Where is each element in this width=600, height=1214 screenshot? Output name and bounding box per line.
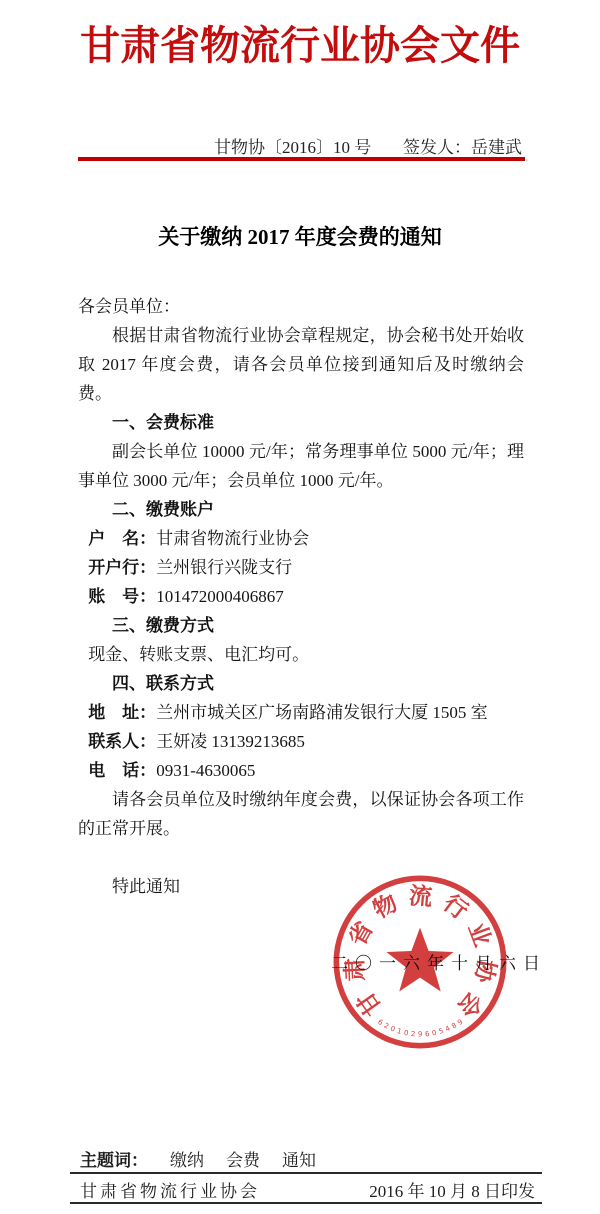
intro-paragraph: 根据甘肃省物流行业协会章程规定，协会秘书处开始收取 2017 年度会费，请各会员… (78, 321, 524, 408)
contact-address-row: 地 址：兰州市城关区广场南路浦发银行大厦 1505 室 (78, 698, 524, 727)
letterhead-title: 甘肃省物流行业协会文件 (0, 14, 600, 71)
document-body: 各会员单位： 根据甘肃省物流行业协会章程规定，协会秘书处开始收取 2017 年度… (78, 292, 524, 901)
section-1-heading: 一、会费标准 (78, 408, 524, 437)
closing-paragraph: 请各会员单位及时缴纳年度会费，以保证协会各项工作的正常开展。 (78, 785, 524, 843)
account-name-row: 户 名：甘肃省物流行业协会 (78, 524, 524, 553)
account-number-label: 账 号： (88, 587, 156, 606)
doc-meta-row: 甘物协〔2016〕10 号 签发人：岳建武 (78, 133, 522, 157)
contact-phone-row: 电 话：0931-4630065 (78, 756, 524, 785)
account-number-value: 101472000406867 (156, 587, 284, 606)
star-icon (386, 928, 453, 992)
doc-number: 甘物协〔2016〕10 号 (214, 133, 371, 158)
official-seal: 甘肃省物流行业协会 6201029605489 (327, 869, 513, 1055)
account-name-value: 甘肃省物流行业协会 (156, 529, 309, 548)
account-number-row: 账 号：101472000406867 (78, 582, 524, 611)
official-document-page: 甘肃省物流行业协会文件 甘物协〔2016〕10 号 签发人：岳建武 关于缴纳 2… (0, 0, 600, 1214)
keywords-label: 主题词： (80, 1151, 148, 1170)
print-date: 2016 年 10 月 8 日印发 (369, 1177, 535, 1202)
issue-row: 甘肃省物流行业协会 2016 年 10 月 8 日印发 (80, 1177, 535, 1202)
keyword-item: 缴纳 (170, 1151, 204, 1170)
contact-person-label: 联系人： (88, 732, 156, 751)
signer-name: 签发人：岳建武 (403, 133, 522, 158)
keyword-item: 通知 (282, 1151, 316, 1170)
section-4-heading: 四、联系方式 (78, 669, 524, 698)
document-title: 关于缴纳 2017 年度会费的通知 (0, 221, 600, 251)
issuer-name: 甘肃省物流行业协会 (80, 1177, 260, 1202)
contact-phone-label: 电 话： (88, 761, 156, 780)
section-2-heading: 二、缴费账户 (78, 495, 524, 524)
account-name-label: 户 名： (88, 529, 156, 548)
contact-person-row: 联系人：王妍凌 13139213685 (78, 727, 524, 756)
red-divider-rule (78, 157, 525, 161)
section-3-paragraph: 现金、转账支票、电汇均可。 (78, 640, 524, 669)
contact-person-value: 王妍凌 13139213685 (156, 732, 305, 751)
account-bank-label: 开户行： (88, 558, 156, 577)
contact-address-label: 地 址： (88, 703, 156, 722)
section-3-heading: 三、缴费方式 (78, 611, 524, 640)
footer-rule-bottom (70, 1202, 542, 1204)
account-bank-value: 兰州银行兴陇支行 (156, 558, 292, 577)
keywords-row: 主题词：缴纳会费通知 (80, 1146, 316, 1171)
seal-code-digits: 6201029605489 (376, 1016, 466, 1038)
section-1-paragraph: 副会长单位 10000 元/年；常务理事单位 5000 元/年；理事单位 300… (78, 437, 524, 495)
contact-phone-value: 0931-4630065 (156, 761, 255, 780)
footer-rule-top (70, 1172, 542, 1174)
account-bank-row: 开户行：兰州银行兴陇支行 (78, 553, 524, 582)
keyword-item: 会费 (226, 1151, 260, 1170)
contact-address-value: 兰州市城关区广场南路浦发银行大厦 1505 室 (156, 703, 488, 722)
salutation: 各会员单位： (78, 292, 524, 321)
